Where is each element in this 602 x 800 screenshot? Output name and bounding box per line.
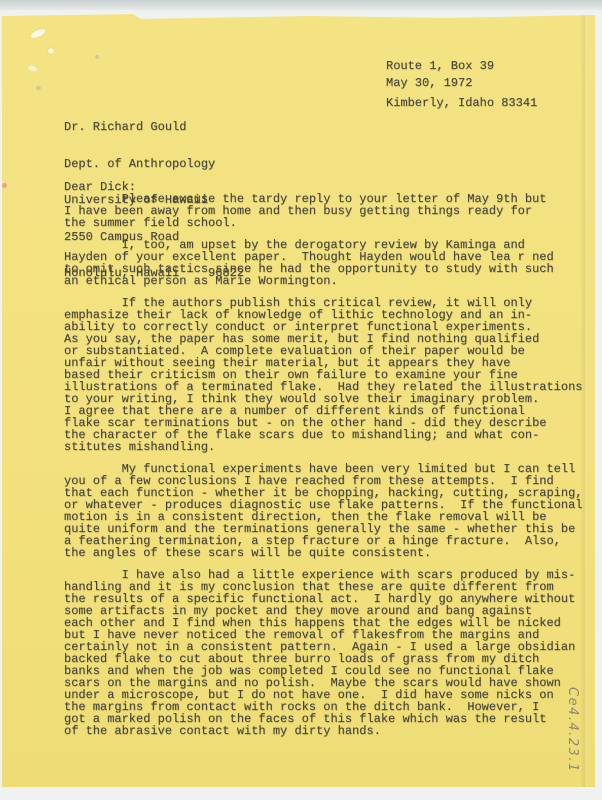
paper-speck bbox=[95, 55, 99, 59]
return-address-line-1: Route 1, Box 39 bbox=[386, 60, 537, 72]
letter-body: Please excuse the tardy reply to your le… bbox=[64, 193, 582, 747]
paragraph-4: My functional experiments have been very… bbox=[64, 463, 582, 559]
return-address-line-2: Kimberly, Idaho 83341 bbox=[386, 97, 537, 109]
paper-speck bbox=[29, 27, 46, 40]
letter-paper: Route 1, Box 39 Kimberly, Idaho 83341 Ma… bbox=[2, 11, 595, 787]
recipient-dept: Dept. of Anthropology bbox=[64, 158, 244, 171]
recipient-name: Dr. Richard Gould bbox=[64, 121, 244, 134]
paragraph-5: I have also had a little experience with… bbox=[64, 569, 582, 737]
paragraph-2: I, too, am upset by the derogatory revie… bbox=[64, 239, 582, 287]
paper-speck bbox=[36, 86, 41, 90]
paper-speck bbox=[28, 65, 38, 72]
scanner-edge-shadow bbox=[0, 0, 602, 10]
paragraph-3: If the authors publish this critical rev… bbox=[64, 297, 582, 453]
letter-date: May 30, 1972 bbox=[386, 77, 472, 89]
paragraph-1: Please excuse the tardy reply to your le… bbox=[64, 193, 582, 229]
handwritten-catalog-number: Ce4.4.23.1 bbox=[565, 687, 580, 800]
paper-speck bbox=[48, 48, 54, 54]
paper-speck bbox=[2, 183, 7, 188]
